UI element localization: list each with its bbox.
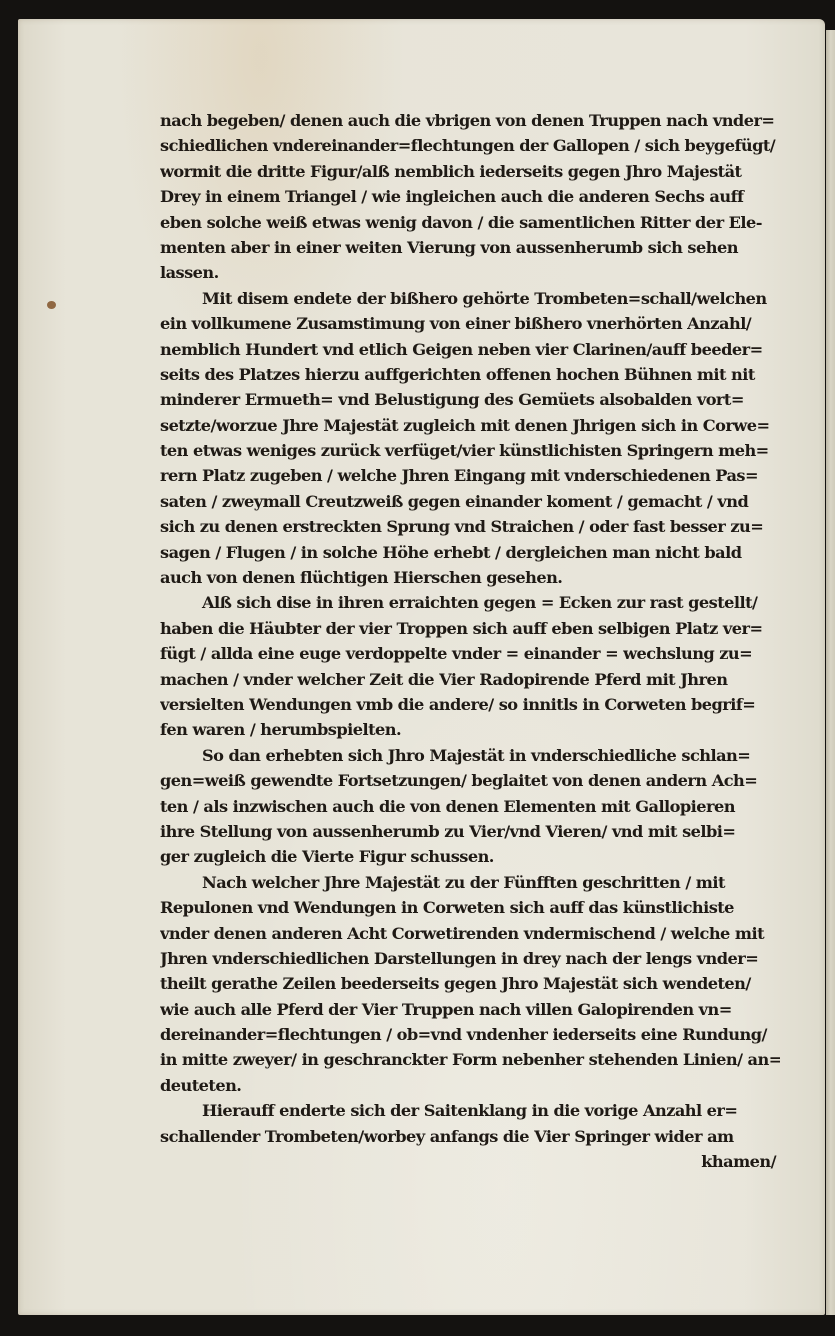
paragraph-4: So dan erhebten sich Jhro Majestät in vn… — [160, 743, 780, 870]
text-line: schiedlichen vndereinander=flechtungen d… — [160, 133, 780, 158]
text-line: saten / zweymall Creutzweiß gegen einand… — [160, 489, 780, 514]
text-line-indented: Hierauff enderte sich der Saitenklang in… — [160, 1098, 780, 1123]
text-line: eben solche weiß etwas wenig davon / die… — [160, 210, 780, 235]
paragraph-1: nach begeben/ denen auch die vbrigen von… — [160, 108, 780, 286]
paragraph-2: Mit disem endete der bißhero gehörte Tro… — [160, 286, 780, 591]
page-text-block: nach begeben/ denen auch die vbrigen von… — [160, 108, 780, 1174]
text-line: fügt / allda eine euge verdoppelte vnder… — [160, 641, 780, 666]
text-line: wie auch alle Pferd der Vier Truppen nac… — [160, 997, 780, 1022]
text-line: dereinander=flechtungen / ob=vnd vndenhe… — [160, 1022, 780, 1047]
text-line: haben die Häubter der vier Troppen sich … — [160, 616, 780, 641]
text-line: Repulonen vnd Wendungen in Corweten sich… — [160, 895, 780, 920]
text-line: gen=weiß gewendte Fortsetzungen/ beglait… — [160, 768, 780, 793]
text-line: sagen / Flugen / in solche Höhe erhebt /… — [160, 540, 780, 565]
text-line-indented: So dan erhebten sich Jhro Majestät in vn… — [160, 743, 780, 768]
text-line-indented: Mit disem endete der bißhero gehörte Tro… — [160, 286, 780, 311]
text-line: ein vollkumene Zusamstimung von einer bi… — [160, 311, 780, 336]
text-line: rern Platz zugeben / welche Jhren Eingan… — [160, 463, 780, 488]
text-line: machen / vnder welcher Zeit die Vier Rad… — [160, 667, 780, 692]
text-line: sich zu denen erstreckten Sprung vnd Str… — [160, 514, 780, 539]
text-line: ten / als inzwischen auch die von denen … — [160, 794, 780, 819]
text-line: auch von denen flüchtigen Hierschen gese… — [160, 565, 780, 590]
paragraph-3: Alß sich dise in ihren erraichten gegen … — [160, 590, 780, 742]
text-line: wormit die dritte Figur/alß nemblich ied… — [160, 159, 780, 184]
text-line: deuteten. — [160, 1073, 780, 1098]
paragraph-5: Nach welcher Jhre Majestät zu der Fünfft… — [160, 870, 780, 1099]
text-line: in mitte zweyer/ in geschranckter Form n… — [160, 1047, 780, 1072]
text-line: nach begeben/ denen auch die vbrigen von… — [160, 108, 780, 133]
text-line: nemblich Hundert vnd etlich Geigen neben… — [160, 337, 780, 362]
text-line: ger zugleich die Vierte Figur schussen. — [160, 844, 780, 869]
text-line-indented: Nach welcher Jhre Majestät zu der Fünfft… — [160, 870, 780, 895]
ink-stain-mark — [47, 301, 56, 309]
text-line: lassen. — [160, 260, 780, 285]
text-line: Jhren vnderschiedlichen Darstellungen in… — [160, 946, 780, 971]
paragraph-6: Hierauff enderte sich der Saitenklang in… — [160, 1098, 780, 1149]
text-line: schallender Trombeten/worbey anfangs die… — [160, 1124, 780, 1149]
text-line: fen waren / herumbspielten. — [160, 717, 780, 742]
text-line: minderer Ermueth= vnd Belustigung des Ge… — [160, 387, 780, 412]
text-line-indented: Alß sich dise in ihren erraichten gegen … — [160, 590, 780, 615]
text-line: menten aber in einer weiten Vierung von … — [160, 235, 780, 260]
catchword: khamen/ — [160, 1149, 780, 1174]
text-line: vnder denen anderen Acht Corwetirenden v… — [160, 921, 780, 946]
adjacent-page-edge — [826, 30, 835, 1315]
text-line: theilt gerathe Zeilen beederseits gegen … — [160, 971, 780, 996]
text-line: versielten Wendungen vmb die andere/ so … — [160, 692, 780, 717]
text-line: ten etwas weniges zurück verfüget/vier k… — [160, 438, 780, 463]
text-line: seits des Platzes hierzu auffgerichten o… — [160, 362, 780, 387]
text-line: setzte/worzue Jhre Majestät zugleich mit… — [160, 413, 780, 438]
text-line: ihre Stellung von aussenherumb zu Vier/v… — [160, 819, 780, 844]
text-line: Drey in einem Triangel / wie ingleichen … — [160, 184, 780, 209]
